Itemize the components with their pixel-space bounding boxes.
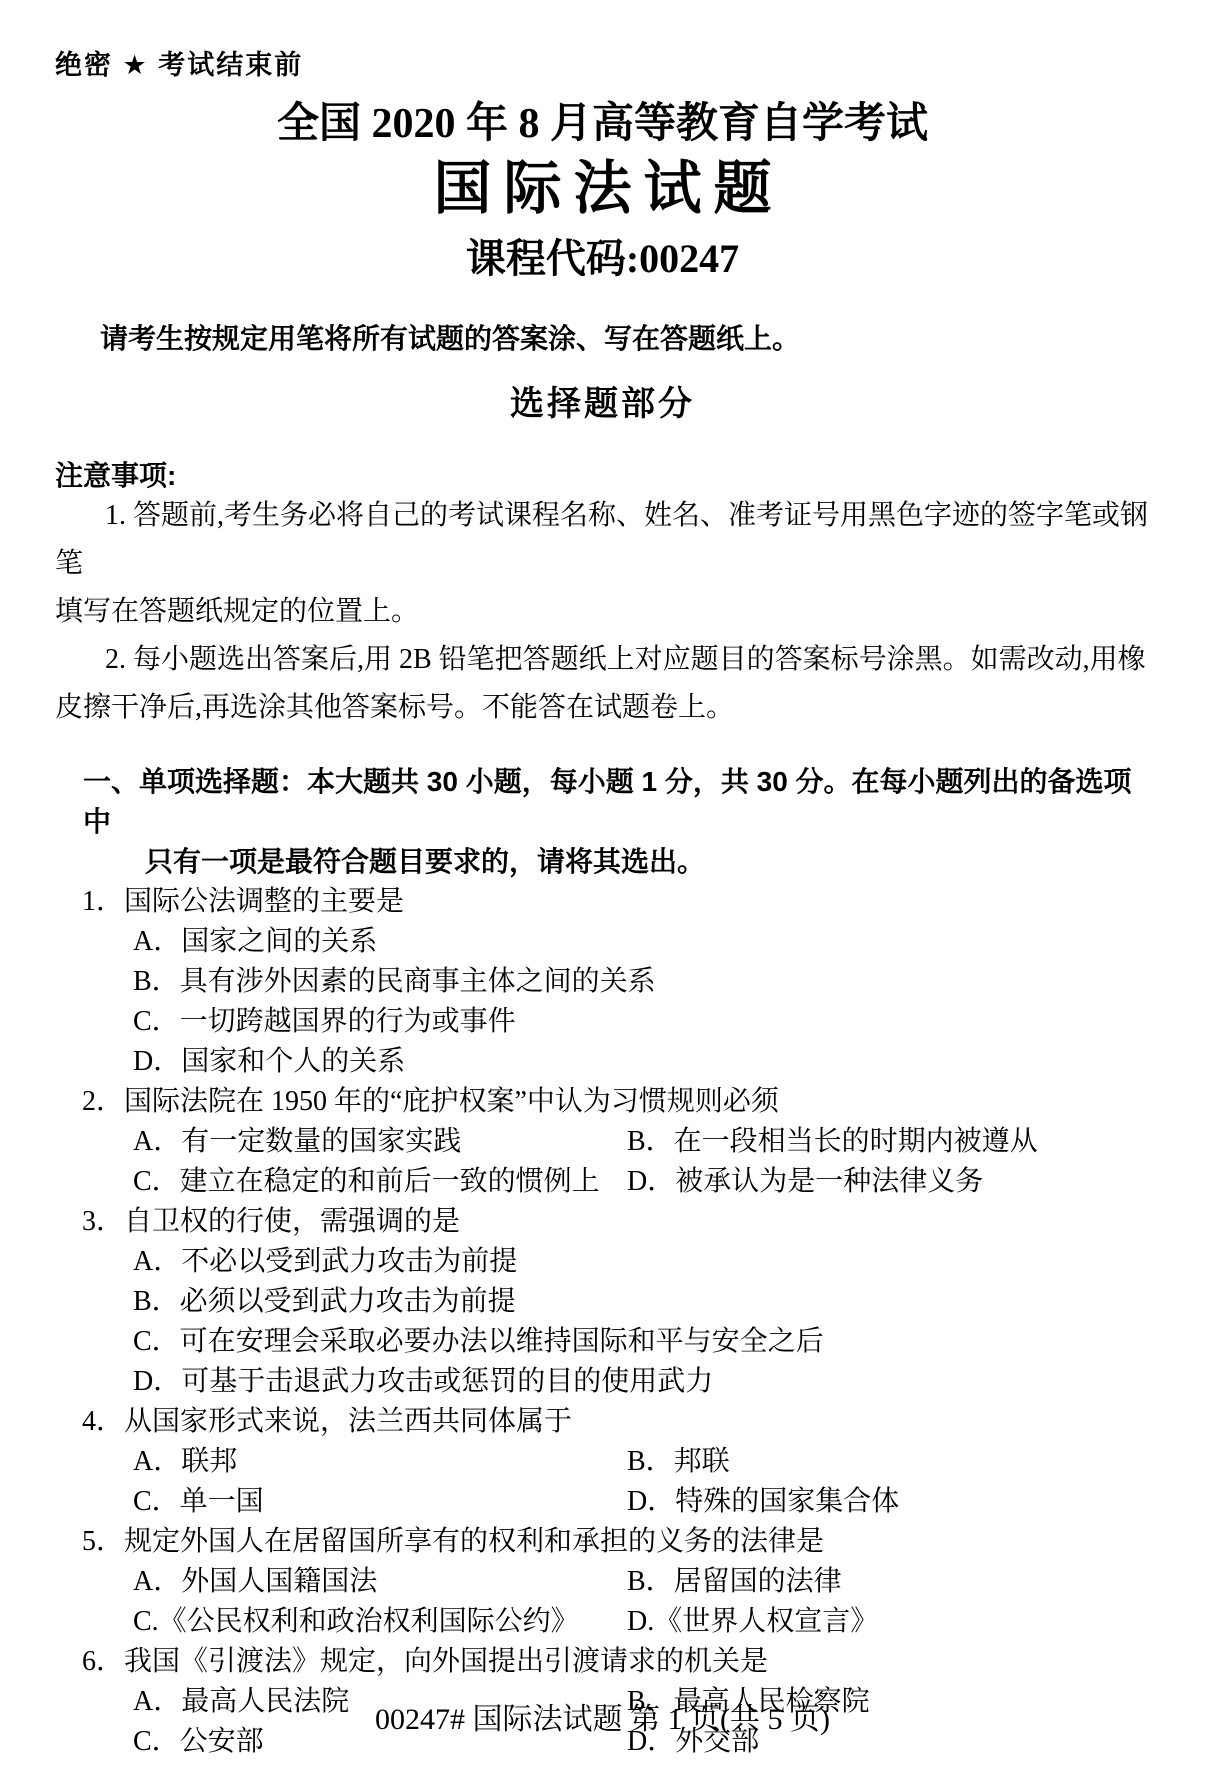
question-stem: 2．国际法院在 1950 年的“庇护权案”中认为习惯规则必须	[82, 1082, 1150, 1122]
option-item: A．外国人国籍国法	[133, 1562, 627, 1602]
option-item: B．邦联	[627, 1442, 1150, 1482]
option-item: A．有一定数量的国家实践	[133, 1122, 627, 1162]
notes-title: 注意事项:	[55, 460, 1150, 492]
note-item-2-line-2: 皮擦干净后,再选涂其他答案标号。不能答在试题卷上。	[55, 684, 1150, 732]
question-block-2: 2．国际法院在 1950 年的“庇护权案”中认为习惯规则必须 A．有一定数量的国…	[55, 1082, 1150, 1202]
course-code: 课程代码:00247	[55, 236, 1150, 282]
question-number: 3．	[82, 1202, 124, 1242]
option-item: B．具有涉外因素的民商事主体之间的关系	[133, 962, 1150, 1002]
question-number: 1．	[82, 882, 124, 922]
option-item: A．国家之间的关系	[133, 922, 1150, 962]
question-stem: 3．自卫权的行使，需强调的是	[82, 1202, 1150, 1242]
note-item-2-line-1: 2. 每小题选出答案后,用 2B 铅笔把答题纸上对应题目的答案标号涂黑。如需改动…	[55, 636, 1150, 684]
section-title: 选择题部分	[55, 384, 1150, 424]
exam-paper-page: 绝密 ★ 考试结束前 全国 2020 年 8 月高等教育自学考试 国际法试题 课…	[0, 0, 1205, 1769]
question-number: 4．	[82, 1402, 124, 1442]
answer-sheet-instruction: 请考生按规定用笔将所有试题的答案涂、写在答题纸上。	[55, 322, 1150, 356]
question-text: 国际法院在 1950 年的“庇护权案”中认为习惯规则必须	[124, 1086, 779, 1117]
part-one-heading: 一、单项选择题：本大题共 30 小题，每小题 1 分，共 30 分。在每小题列出…	[55, 762, 1150, 882]
exam-title: 全国 2020 年 8 月高等教育自学考试	[55, 100, 1150, 148]
option-item: C．可在安理会采取必要办法以维持国际和平与安全之后	[133, 1322, 1150, 1362]
option-item: C.《公民权利和政治权利国际公约》	[133, 1602, 627, 1642]
question-number: 5．	[82, 1522, 124, 1562]
option-item: B．必须以受到武力攻击为前提	[133, 1282, 1150, 1322]
question-text: 规定外国人在居留国所享有的权利和承担的义务的法律是	[124, 1526, 824, 1557]
option-item: D．国家和个人的关系	[133, 1042, 1150, 1082]
note-item-1-line-1: 1. 答题前,考生务必将自己的考试课程名称、姓名、准考证号用黑色字迹的签字笔或钢…	[55, 492, 1150, 588]
question-block-3: 3．自卫权的行使，需强调的是 A．不必以受到武力攻击为前提 B．必须以受到武力攻…	[55, 1202, 1150, 1402]
paper-title: 国际法试题	[55, 154, 1150, 224]
option-item: A．联邦	[133, 1442, 627, 1482]
option-item: B．在一段相当长的时期内被遵从	[627, 1122, 1150, 1162]
question-stem: 4．从国家形式来说，法兰西共同体属于	[82, 1402, 1150, 1442]
option-group: A．不必以受到武力攻击为前提 B．必须以受到武力攻击为前提 C．可在安理会采取必…	[133, 1242, 1150, 1402]
question-text: 国际公法调整的主要是	[124, 886, 404, 917]
question-text: 自卫权的行使，需强调的是	[124, 1206, 460, 1237]
question-block-1: 1．国际公法调整的主要是 A．国家之间的关系 B．具有涉外因素的民商事主体之间的…	[55, 882, 1150, 1082]
question-stem: 6．我国《引渡法》规定，向外国提出引渡请求的机关是	[82, 1642, 1150, 1682]
option-item: D．可基于击退武力攻击或惩罚的目的使用武力	[133, 1362, 1150, 1402]
question-number: 2．	[82, 1082, 124, 1122]
question-stem: 1．国际公法调整的主要是	[82, 882, 1150, 922]
part-one-heading-line-1: 一、单项选择题：本大题共 30 小题，每小题 1 分，共 30 分。在每小题列出…	[83, 762, 1150, 842]
question-block-5: 5．规定外国人在居留国所享有的权利和承担的义务的法律是 A．外国人国籍国法 B．…	[55, 1522, 1150, 1642]
question-text: 从国家形式来说，法兰西共同体属于	[124, 1406, 572, 1437]
question-stem: 5．规定外国人在居留国所享有的权利和承担的义务的法律是	[82, 1522, 1150, 1562]
question-list: 1．国际公法调整的主要是 A．国家之间的关系 B．具有涉外因素的民商事主体之间的…	[55, 882, 1150, 1762]
notes-block: 1. 答题前,考生务必将自己的考试课程名称、姓名、准考证号用黑色字迹的签字笔或钢…	[55, 492, 1150, 732]
option-item: B．居留国的法律	[627, 1562, 1150, 1602]
question-text: 我国《引渡法》规定，向外国提出引渡请求的机关是	[124, 1646, 768, 1677]
note-item-1-line-2: 填写在答题纸规定的位置上。	[55, 588, 1150, 636]
option-item: D.《世界人权宣言》	[627, 1602, 1150, 1642]
option-group: A．联邦 B．邦联 C．单一国 D．特殊的国家集合体	[133, 1442, 1150, 1522]
page-footer: 00247# 国际法试题 第 1 页(共 5 页)	[0, 1703, 1205, 1737]
question-number: 6．	[82, 1642, 124, 1682]
option-item: C．建立在稳定的和前后一致的惯例上	[133, 1162, 627, 1202]
option-group: A．有一定数量的国家实践 B．在一段相当长的时期内被遵从 C．建立在稳定的和前后…	[133, 1122, 1150, 1202]
question-block-6: 6．我国《引渡法》规定，向外国提出引渡请求的机关是 A．最高人民法院 B．最高人…	[55, 1642, 1150, 1762]
option-group: A．外国人国籍国法 B．居留国的法律 C.《公民权利和政治权利国际公约》 D.《…	[133, 1562, 1150, 1642]
classification-banner: 绝密 ★ 考试结束前	[55, 50, 1150, 80]
option-item: C．单一国	[133, 1482, 627, 1522]
option-item: A．不必以受到武力攻击为前提	[133, 1242, 1150, 1282]
option-group: A．国家之间的关系 B．具有涉外因素的民商事主体之间的关系 C．一切跨越国界的行…	[133, 922, 1150, 1082]
part-one-heading-line-2: 只有一项是最符合题目要求的，请将其选出。	[145, 842, 1150, 882]
question-block-4: 4．从国家形式来说，法兰西共同体属于 A．联邦 B．邦联 C．单一国 D．特殊的…	[55, 1402, 1150, 1522]
option-item: D．特殊的国家集合体	[627, 1482, 1150, 1522]
option-item: C．一切跨越国界的行为或事件	[133, 1002, 1150, 1042]
option-item: D．被承认为是一种法律义务	[627, 1162, 1150, 1202]
